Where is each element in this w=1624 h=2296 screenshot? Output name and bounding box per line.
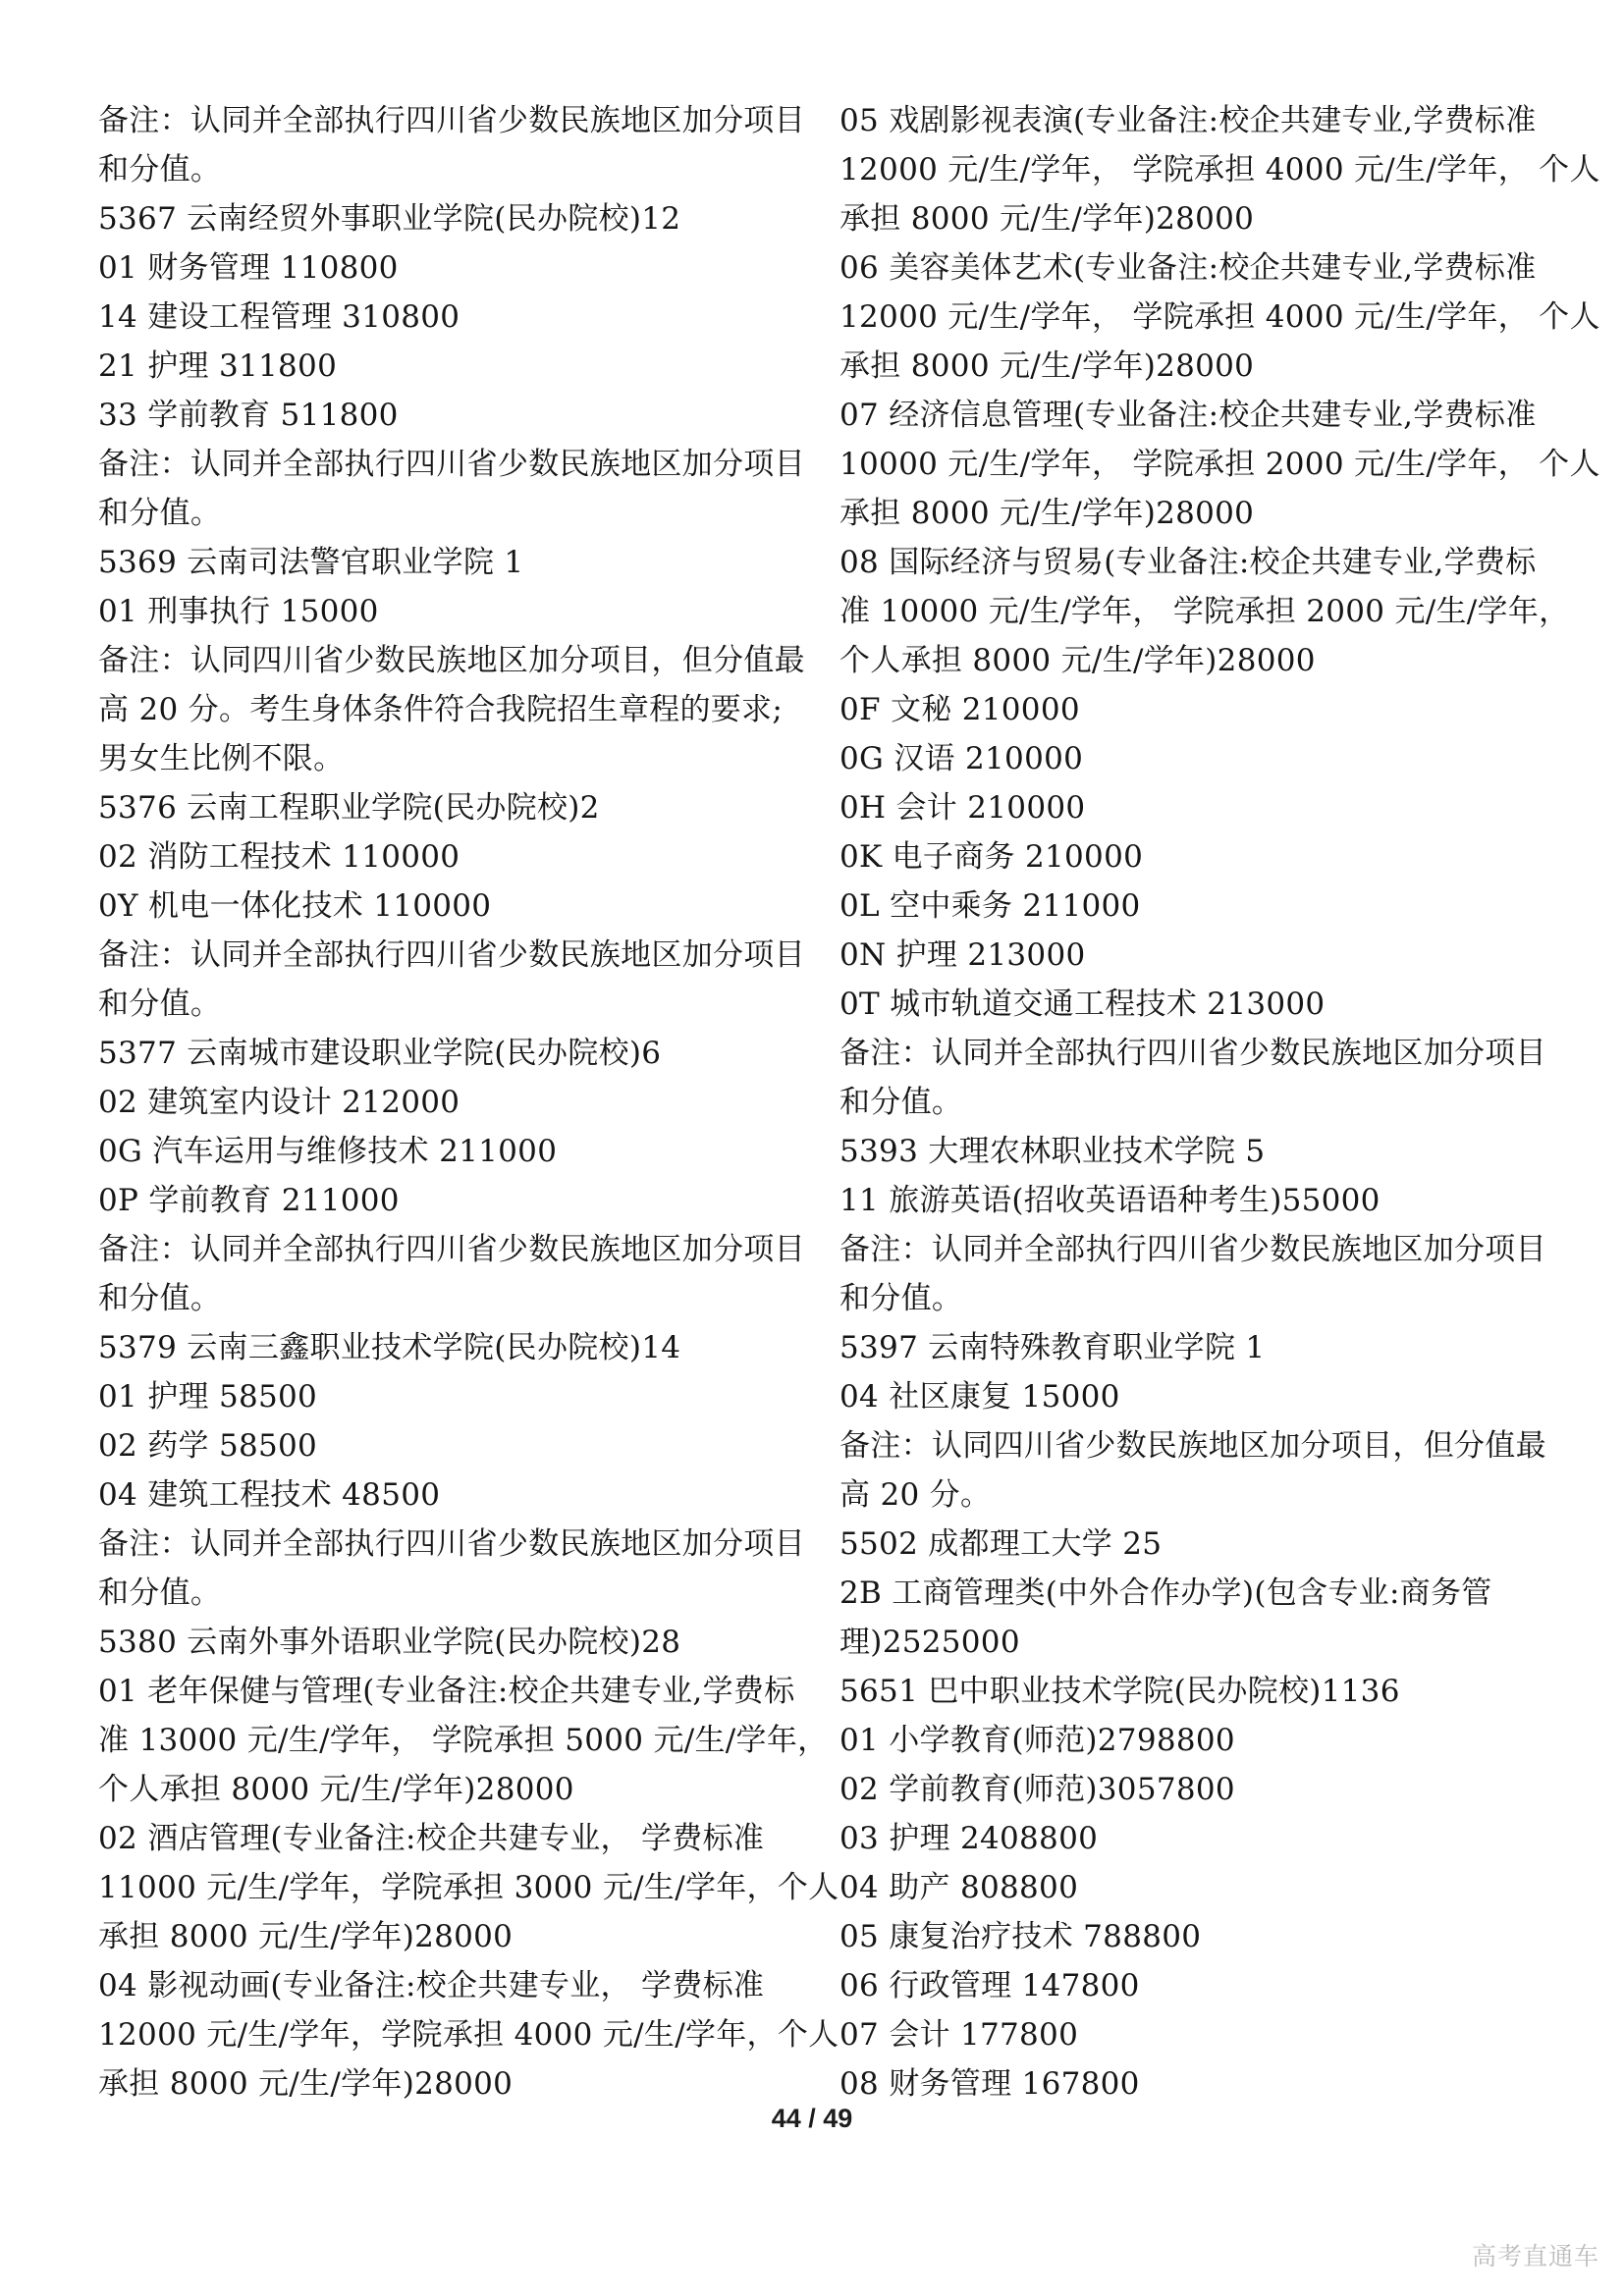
text-line: 04 社区康复 15000 xyxy=(839,1372,1551,1421)
text-line: 0K 电子商务 210000 xyxy=(839,832,1551,881)
text-line: 5379 云南三鑫职业技术学院(民办院校)14 xyxy=(98,1323,810,1372)
document-page: 备注：认同并全部执行四川省少数民族地区加分项目和分值。5367 云南经贸外事职业… xyxy=(0,0,1624,2296)
text-line: 高 20 分。 xyxy=(839,1470,1551,1520)
text-line: 12000 元/生/学年， 学院承担 4000 元/生/学年， 个人 xyxy=(839,293,1551,342)
text-line: 准 10000 元/生/学年， 学院承担 2000 元/生/学年， xyxy=(839,587,1551,636)
text-line: 08 财务管理 167800 xyxy=(839,2059,1551,2109)
text-line: 和分值。 xyxy=(98,1569,810,1618)
text-line: 个人承担 8000 元/生/学年)28000 xyxy=(98,1765,810,1814)
text-line: 备注：认同并全部执行四川省少数民族地区加分项目 xyxy=(98,96,810,145)
text-line: 08 国际经济与贸易(专业备注:校企共建专业,学费标 xyxy=(839,538,1551,587)
text-line: 07 会计 177800 xyxy=(839,2010,1551,2059)
text-line: 05 康复治疗技术 788800 xyxy=(839,1912,1551,1961)
text-line: 5397 云南特殊教育职业学院 1 xyxy=(839,1323,1551,1372)
text-line: 5369 云南司法警官职业学院 1 xyxy=(98,538,810,587)
text-line: 0Y 机电一体化技术 110000 xyxy=(98,881,810,931)
text-line: 04 影视动画(专业备注:校企共建专业， 学费标准 xyxy=(98,1961,810,2010)
left-column: 备注：认同并全部执行四川省少数民族地区加分项目和分值。5367 云南经贸外事职业… xyxy=(98,96,810,2109)
text-line: 0P 学前教育 211000 xyxy=(98,1176,810,1225)
text-line: 0H 会计 210000 xyxy=(839,783,1551,832)
page-number: 44 / 49 xyxy=(0,2104,1624,2134)
text-line: 0T 城市轨道交通工程技术 213000 xyxy=(839,980,1551,1029)
text-line: 07 经济信息管理(专业备注:校企共建专业,学费标准 xyxy=(839,391,1551,440)
text-line: 准 13000 元/生/学年， 学院承担 5000 元/生/学年， xyxy=(98,1716,810,1765)
text-line: 01 护理 58500 xyxy=(98,1372,810,1421)
text-line: 备注：认同四川省少数民族地区加分项目，但分值最 xyxy=(839,1421,1551,1470)
text-line: 5367 云南经贸外事职业学院(民办院校)12 xyxy=(98,194,810,243)
text-line: 5380 云南外事外语职业学院(民办院校)28 xyxy=(98,1618,810,1667)
text-line: 06 美容美体艺术(专业备注:校企共建专业,学费标准 xyxy=(839,243,1551,293)
text-line: 备注：认同并全部执行四川省少数民族地区加分项目 xyxy=(839,1225,1551,1274)
text-line: 备注：认同四川省少数民族地区加分项目，但分值最 xyxy=(98,636,810,685)
text-line: 12000 元/生/学年， 学院承担 4000 元/生/学年， 个人 xyxy=(839,145,1551,194)
text-line: 11 旅游英语(招收英语语种考生)55000 xyxy=(839,1176,1551,1225)
text-line: 10000 元/生/学年， 学院承担 2000 元/生/学年， 个人 xyxy=(839,440,1551,489)
text-line: 和分值。 xyxy=(98,980,810,1029)
text-line: 11000 元/生/学年，学院承担 3000 元/生/学年，个人 xyxy=(98,1863,810,1912)
text-line: 备注：认同并全部执行四川省少数民族地区加分项目 xyxy=(98,1520,810,1569)
text-line: 03 护理 2408800 xyxy=(839,1814,1551,1863)
text-line: 02 药学 58500 xyxy=(98,1421,810,1470)
text-line: 和分值。 xyxy=(839,1274,1551,1323)
text-line: 12000 元/生/学年，学院承担 4000 元/生/学年，个人 xyxy=(98,2010,810,2059)
text-line: 0G 汽车运用与维修技术 211000 xyxy=(98,1127,810,1176)
text-line: 02 学前教育(师范)3057800 xyxy=(839,1765,1551,1814)
text-line: 承担 8000 元/生/学年)28000 xyxy=(839,489,1551,538)
text-line: 备注：认同并全部执行四川省少数民族地区加分项目 xyxy=(98,440,810,489)
text-line: 高 20 分。考生身体条件符合我院招生章程的要求; xyxy=(98,685,810,734)
text-line: 和分值。 xyxy=(839,1078,1551,1127)
text-line: 理)2525000 xyxy=(839,1618,1551,1667)
text-line: 男女生比例不限。 xyxy=(98,734,810,783)
right-column: 05 戏剧影视表演(专业备注:校企共建专业,学费标准12000 元/生/学年， … xyxy=(839,96,1551,2109)
text-line: 02 酒店管理(专业备注:校企共建专业， 学费标准 xyxy=(98,1814,810,1863)
text-line: 和分值。 xyxy=(98,489,810,538)
text-line: 06 行政管理 147800 xyxy=(839,1961,1551,2010)
text-line: 5502 成都理工大学 25 xyxy=(839,1520,1551,1569)
text-line: 0L 空中乘务 211000 xyxy=(839,881,1551,931)
text-line: 14 建设工程管理 310800 xyxy=(98,293,810,342)
text-line: 04 建筑工程技术 48500 xyxy=(98,1470,810,1520)
text-line: 备注：认同并全部执行四川省少数民族地区加分项目 xyxy=(98,931,810,980)
text-line: 承担 8000 元/生/学年)28000 xyxy=(839,342,1551,391)
text-line: 01 财务管理 110800 xyxy=(98,243,810,293)
text-line: 01 老年保健与管理(专业备注:校企共建专业,学费标 xyxy=(98,1667,810,1716)
text-line: 承担 8000 元/生/学年)28000 xyxy=(98,1912,810,1961)
text-line: 01 刑事执行 15000 xyxy=(98,587,810,636)
text-line: 承担 8000 元/生/学年)28000 xyxy=(839,194,1551,243)
text-line: 5377 云南城市建设职业学院(民办院校)6 xyxy=(98,1029,810,1078)
text-line: 0G 汉语 210000 xyxy=(839,734,1551,783)
text-line: 01 小学教育(师范)2798800 xyxy=(839,1716,1551,1765)
text-line: 5651 巴中职业技术学院(民办院校)1136 xyxy=(839,1667,1551,1716)
text-line: 5376 云南工程职业学院(民办院校)2 xyxy=(98,783,810,832)
text-line: 5393 大理农林职业技术学院 5 xyxy=(839,1127,1551,1176)
text-line: 0N 护理 213000 xyxy=(839,931,1551,980)
text-line: 21 护理 311800 xyxy=(98,342,810,391)
watermark: 高考直通车 xyxy=(1472,2237,1599,2272)
text-line: 备注：认同并全部执行四川省少数民族地区加分项目 xyxy=(98,1225,810,1274)
text-line: 04 助产 808800 xyxy=(839,1863,1551,1912)
text-line: 0F 文秘 210000 xyxy=(839,685,1551,734)
text-line: 承担 8000 元/生/学年)28000 xyxy=(98,2059,810,2109)
text-line: 和分值。 xyxy=(98,145,810,194)
text-line: 备注：认同并全部执行四川省少数民族地区加分项目 xyxy=(839,1029,1551,1078)
text-line: 2B 工商管理类(中外合作办学)(包含专业:商务管 xyxy=(839,1569,1551,1618)
text-line: 和分值。 xyxy=(98,1274,810,1323)
text-line: 05 戏剧影视表演(专业备注:校企共建专业,学费标准 xyxy=(839,96,1551,145)
text-line: 02 建筑室内设计 212000 xyxy=(98,1078,810,1127)
text-line: 02 消防工程技术 110000 xyxy=(98,832,810,881)
text-line: 33 学前教育 511800 xyxy=(98,391,810,440)
text-line: 个人承担 8000 元/生/学年)28000 xyxy=(839,636,1551,685)
